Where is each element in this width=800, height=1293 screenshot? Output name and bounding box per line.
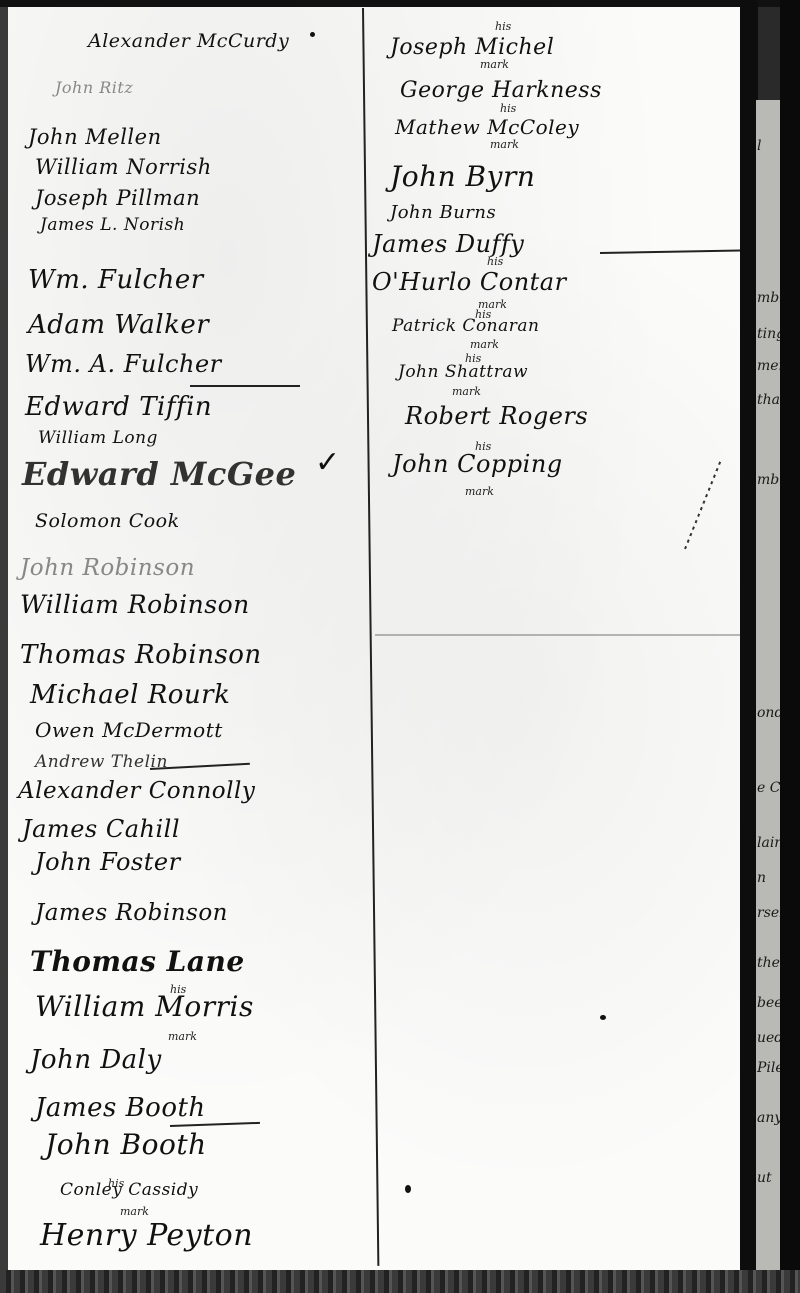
signature: James Cahill xyxy=(22,815,180,843)
signature: Wm. Fulcher xyxy=(28,265,204,295)
mark-label: mark xyxy=(120,1205,149,1218)
signature: Robert Rogers xyxy=(405,402,588,430)
mark-label: mark xyxy=(168,1030,197,1043)
signature: John Byrn xyxy=(390,160,535,193)
adjacent-page-fragment: n xyxy=(757,870,766,886)
mark-label: mark xyxy=(470,338,499,351)
signature: Thomas Robinson xyxy=(20,640,262,670)
signature-with-mark: William Morris xyxy=(35,990,254,1023)
signature: Alexander Connolly xyxy=(18,778,255,804)
ink-dot xyxy=(310,32,315,37)
signature: John Daly xyxy=(30,1045,162,1075)
signature: Joseph Pillman xyxy=(35,186,200,210)
signature-with-mark: Conley Cassidy xyxy=(60,1180,198,1200)
scan-background-edge xyxy=(780,0,800,1293)
signature: Adam Walker xyxy=(28,310,209,340)
signature-with-mark: O'Hurlo Contar xyxy=(372,268,567,296)
adjacent-page-fragment: ut xyxy=(757,1170,772,1186)
signature-with-mark: Patrick Conaran xyxy=(392,316,539,336)
signature: Andrew Thelin xyxy=(35,752,168,772)
mark-label: mark xyxy=(490,138,519,151)
his-label: his xyxy=(500,102,516,115)
signature: George Harkness xyxy=(400,78,602,103)
signature: John Foster xyxy=(35,848,181,876)
underline-flourish xyxy=(190,385,300,387)
signature: Edward McGee xyxy=(22,455,296,493)
signature: John Burns xyxy=(390,202,496,223)
signature: James Duffy xyxy=(372,230,524,258)
his-label: his xyxy=(495,20,511,33)
signature: Thomas Lane xyxy=(30,945,245,978)
mark-label: mark xyxy=(480,58,509,71)
mark-label: mark xyxy=(452,385,481,398)
signature: John Robinson xyxy=(20,555,195,581)
top-page-edge xyxy=(0,0,800,7)
signature-with-mark: John Copping xyxy=(392,450,563,478)
signature: William Long xyxy=(38,428,158,448)
signature: Henry Peyton xyxy=(40,1218,253,1253)
signature: Alexander McCurdy xyxy=(88,30,289,52)
signature: Wm. A. Fulcher xyxy=(25,350,222,378)
bottom-page-edge xyxy=(0,1270,800,1293)
signature-with-mark: John Shattraw xyxy=(398,362,528,382)
signature: James Booth xyxy=(35,1093,206,1123)
adjacent-page-fragment: the xyxy=(757,955,780,971)
signature: John Mellen xyxy=(28,125,162,149)
signature: John Booth xyxy=(45,1128,207,1161)
left-page-edge xyxy=(0,0,8,1293)
adjacent-page-fragment: l xyxy=(757,138,761,154)
signature: John Ritz xyxy=(55,78,133,97)
adjacent-page-fragment: any xyxy=(757,1110,782,1126)
signature-with-mark: Mathew McColey xyxy=(395,115,579,139)
signature: William Norrish xyxy=(35,155,212,179)
signature: Owen McDermott xyxy=(35,718,223,742)
signature: James L. Norish xyxy=(40,215,185,235)
signature: Michael Rourk xyxy=(30,680,230,710)
signature-with-mark: Joseph Michel xyxy=(390,35,554,60)
his-label: his xyxy=(487,255,503,268)
signature: James Robinson xyxy=(35,900,228,926)
paper-fold-line xyxy=(375,634,745,636)
signature: Solomon Cook xyxy=(35,510,180,532)
ink-blot xyxy=(600,1015,606,1020)
ink-blot xyxy=(405,1185,411,1193)
scanned-document: l mbly ting ment that mbly ond e Com lai… xyxy=(0,0,800,1293)
checkmark-icon: ✓ xyxy=(315,445,340,480)
signature: William Robinson xyxy=(20,590,250,619)
signature: Edward Tiffin xyxy=(25,392,212,422)
mark-label: mark xyxy=(465,485,494,498)
